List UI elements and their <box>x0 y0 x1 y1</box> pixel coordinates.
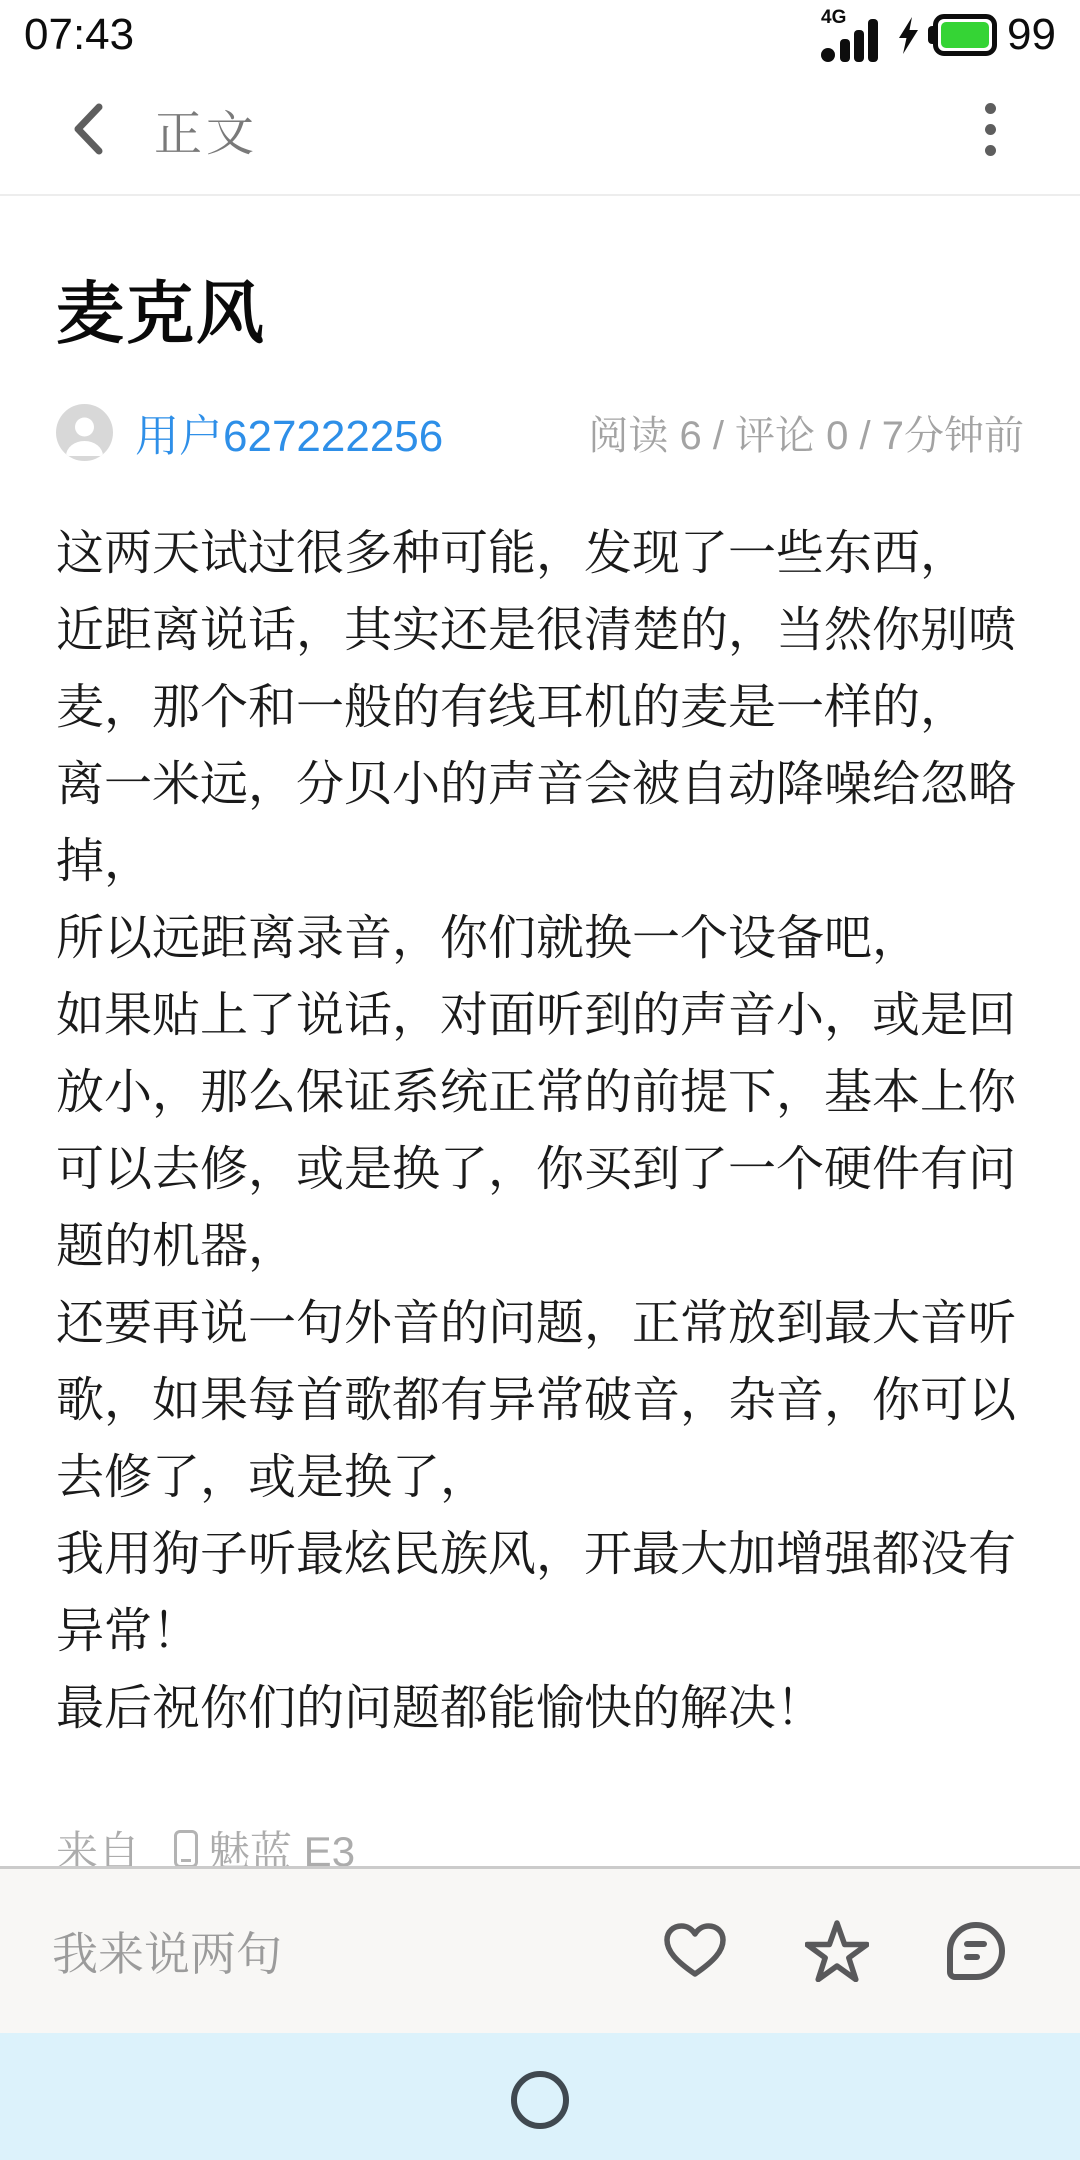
battery-fill <box>941 22 989 48</box>
post-body: 这两天试过很多种可能，发现了一些东西， 近距离说话，其实还是很清楚的，当然你别喷… <box>56 515 1024 1747</box>
avatar[interactable] <box>56 404 113 461</box>
action-icons <box>663 1920 1005 1982</box>
clock: 07:43 <box>24 10 134 60</box>
comment-input[interactable]: 我来说两句 <box>52 1918 282 1984</box>
battery-body <box>933 14 997 56</box>
post-title: 麦克风 <box>56 260 1024 357</box>
heart-icon <box>663 1922 727 1980</box>
favorite-button[interactable] <box>805 1920 869 1982</box>
comment-bar: 我来说两句 <box>0 1866 1080 2033</box>
signal-4g-icon: 4G <box>821 8 879 62</box>
person-icon <box>56 404 113 461</box>
status-bar: 07:43 4G 99 <box>0 0 1080 64</box>
speech-bubble-icon <box>947 1922 1005 1980</box>
post-meta: 阅读 6 / 评论 0 / 7分钟前 <box>588 404 1024 461</box>
page-title: 正文 <box>154 95 258 164</box>
menu-dot <box>985 124 996 135</box>
author-row: 用户627222256 阅读 6 / 评论 0 / 7分钟前 <box>56 403 1024 461</box>
chevron-left-icon <box>70 102 106 156</box>
like-button[interactable] <box>663 1922 727 1980</box>
screen: 07:43 4G 99 正文 <box>0 0 1080 2160</box>
overflow-menu-button[interactable] <box>985 98 996 161</box>
menu-dot <box>985 103 996 114</box>
author-name[interactable]: 用户627222256 <box>135 400 443 464</box>
battery-icon <box>928 14 997 56</box>
charging-bolt-icon <box>899 17 918 54</box>
home-button[interactable] <box>511 2071 569 2129</box>
smartphone-icon <box>174 1830 198 1868</box>
post-content: 麦克风 用户627222256 阅读 6 / 评论 0 / 7分钟前 这两天试过… <box>0 260 1080 1879</box>
battery-percent: 99 <box>1007 10 1056 60</box>
star-icon <box>805 1920 869 1982</box>
network-type-label: 4G <box>821 8 846 28</box>
status-icons: 4G 99 <box>821 8 1056 62</box>
menu-dot <box>985 145 996 156</box>
home-strip <box>0 2033 1080 2160</box>
comment-button[interactable] <box>947 1922 1005 1980</box>
back-button[interactable] <box>70 102 106 156</box>
nav-bar: 正文 <box>0 64 1080 196</box>
